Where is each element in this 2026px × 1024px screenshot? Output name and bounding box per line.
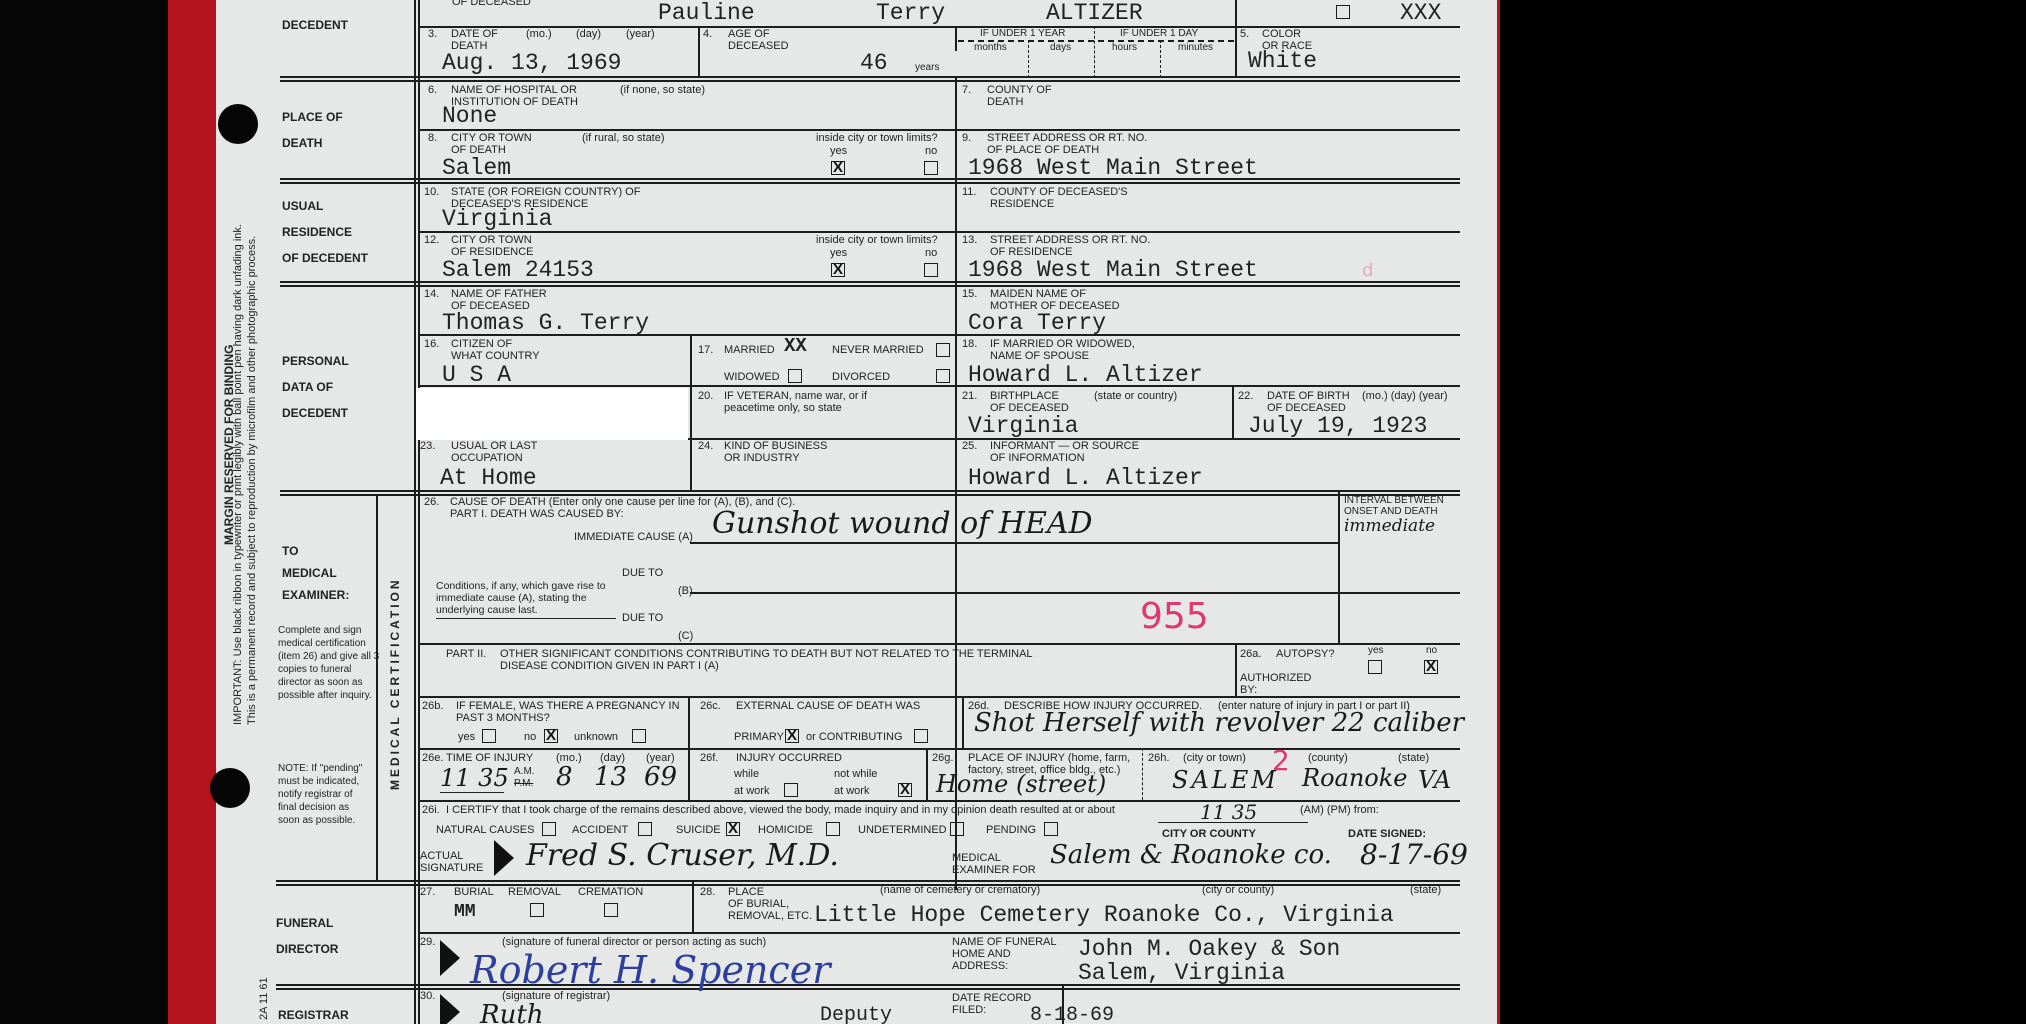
f26i-num: 26i. bbox=[422, 804, 440, 816]
injury-city: SALEM bbox=[1172, 766, 1279, 794]
city-of-residence: Salem 24153 bbox=[442, 257, 594, 283]
f8-label1: CITY OR TOWN bbox=[451, 132, 532, 144]
f26g-label1: PLACE OF INJURY (home, farm, bbox=[968, 752, 1130, 764]
f26c-num: 26c. bbox=[700, 700, 721, 712]
pm-label: P.M. bbox=[514, 778, 533, 789]
f11-label2: RESIDENCE bbox=[990, 198, 1054, 210]
f24-label1: KIND OF BUSINESS bbox=[724, 440, 827, 452]
under-day-label: IF UNDER 1 DAY bbox=[1120, 28, 1198, 39]
dashed-divider bbox=[1094, 26, 1095, 78]
rule bbox=[690, 592, 1460, 594]
pregnancy-yes-checkbox[interactable] bbox=[482, 729, 496, 743]
punch-hole-icon bbox=[210, 768, 250, 808]
section-personal-data-1: PERSONAL bbox=[282, 348, 349, 374]
me-jurisdiction: Salem & Roanoke co. bbox=[1050, 840, 1332, 870]
fd-signature: Robert H. Spencer bbox=[470, 948, 830, 992]
f28-label2: OF BURIAL, bbox=[728, 898, 789, 910]
certify-text: I CERTIFY that I took charge of the rema… bbox=[446, 804, 1115, 816]
birthplace: Virginia bbox=[968, 413, 1078, 439]
name-middle: Terry bbox=[876, 0, 945, 26]
funeral-home-name: John M. Oakey & Son bbox=[1078, 936, 1340, 962]
actual-signature-label-2: SIGNATURE bbox=[420, 862, 483, 874]
f6-hint: (if none, so state) bbox=[620, 84, 705, 96]
f23-label2: OCCUPATION bbox=[451, 452, 523, 464]
spouse-name: Howard L. Altizer bbox=[968, 362, 1203, 388]
fh-label-3: ADDRESS: bbox=[952, 960, 1008, 972]
burial-state-hint: (state) bbox=[1410, 884, 1441, 896]
f26h-state-label: (state) bbox=[1398, 752, 1429, 764]
divider bbox=[926, 748, 928, 800]
f18-label2: NAME OF SPOUSE bbox=[990, 350, 1089, 362]
f16-label1: CITIZEN OF bbox=[451, 338, 512, 350]
injury-time: 11 35 bbox=[440, 764, 504, 793]
section-funeral-director-1: FUNERAL bbox=[276, 910, 333, 936]
not-while-label: not while bbox=[834, 768, 877, 780]
f8-hint: (if rural, so state) bbox=[582, 132, 665, 144]
dashed-divider bbox=[1142, 748, 1143, 800]
date-of-birth: July 19, 1923 bbox=[1248, 413, 1427, 439]
undetermined-checkbox[interactable] bbox=[950, 822, 964, 836]
street-of-death: 1968 West Main Street bbox=[968, 155, 1258, 181]
f7-label1: COUNTY OF bbox=[987, 84, 1052, 96]
city-of-death: Salem bbox=[442, 155, 511, 181]
autopsy-yes-checkbox[interactable] bbox=[1368, 660, 1382, 674]
place-of-burial: Little Hope Cemetery Roanoke Co., Virgin… bbox=[814, 902, 1394, 928]
f5-label1: COLOR bbox=[1262, 28, 1301, 40]
redacted-field bbox=[416, 388, 688, 440]
scan-background-right bbox=[1500, 0, 2026, 1024]
divider bbox=[688, 696, 690, 800]
injury-state: VA bbox=[1418, 766, 1451, 794]
scan-background-left bbox=[0, 0, 168, 1024]
f8-no: no bbox=[925, 145, 937, 157]
f26h-num: 26h. bbox=[1148, 752, 1169, 764]
pregnancy-no-label: no bbox=[524, 731, 536, 743]
f3-day: (day) bbox=[576, 28, 601, 40]
f12-limits: inside city or town limits? bbox=[816, 234, 938, 246]
f11-num: 11. bbox=[962, 186, 976, 198]
divider bbox=[1232, 385, 1234, 438]
f22-hint: (mo.) (day) (year) bbox=[1362, 390, 1448, 402]
while-at-work-checkbox[interactable] bbox=[784, 783, 798, 797]
accident-label: ACCIDENT bbox=[572, 824, 628, 836]
f28-num: 28. bbox=[700, 886, 715, 898]
accident-checkbox[interactable] bbox=[638, 822, 652, 836]
f15-num: 15. bbox=[962, 288, 977, 300]
f10-num: 10. bbox=[424, 186, 439, 198]
removal-checkbox[interactable] bbox=[530, 903, 544, 917]
divider bbox=[698, 26, 700, 78]
am-label: A.M. bbox=[514, 766, 535, 777]
while-label: while bbox=[734, 768, 759, 780]
sex-value: XXX bbox=[1400, 0, 1441, 26]
f15-label1: MAIDEN NAME OF bbox=[990, 288, 1086, 300]
rule bbox=[418, 231, 1460, 233]
at-work-label: at work bbox=[734, 785, 769, 797]
f27-num: 27. bbox=[420, 886, 435, 898]
mother-maiden-name: Cora Terry bbox=[968, 310, 1106, 336]
contributing-checkbox[interactable] bbox=[914, 729, 928, 743]
f12-no: no bbox=[925, 247, 937, 259]
f13-label1: STREET ADDRESS OR RT. NO. bbox=[990, 234, 1150, 246]
date-signed-value: 8-17-69 bbox=[1360, 838, 1468, 871]
f25-num: 25. bbox=[962, 440, 977, 452]
pregnancy-unknown-label: unknown bbox=[574, 731, 618, 743]
minutes-label: minutes bbox=[1178, 42, 1213, 53]
f21-num: 21. bbox=[962, 390, 977, 402]
fh-label-1: NAME OF FUNERAL bbox=[952, 936, 1057, 948]
punch-hole-icon bbox=[218, 104, 258, 144]
section-to-me-3: EXAMINER: bbox=[282, 582, 349, 608]
time-underline bbox=[1158, 822, 1308, 823]
section-funeral-director-2: DIRECTOR bbox=[276, 936, 338, 962]
cert-column-divider bbox=[376, 494, 378, 882]
f3-year: (year) bbox=[626, 28, 655, 40]
f26b-label2: PAST 3 MONTHS? bbox=[456, 712, 550, 724]
undetermined-label: UNDETERMINED bbox=[858, 824, 947, 836]
removal-label: REMOVAL bbox=[508, 886, 561, 898]
due-to-b: DUE TO bbox=[622, 567, 663, 579]
interval-label1: INTERVAL BETWEEN bbox=[1344, 495, 1444, 506]
primary-label: PRIMARY bbox=[734, 731, 784, 743]
pending-note: NOTE: If "pending" must be indicated, no… bbox=[278, 762, 370, 827]
f26f-num: 26f. bbox=[700, 752, 718, 764]
f26-label2: PART I. DEATH WAS CAUSED BY: bbox=[450, 508, 624, 520]
divider bbox=[955, 26, 957, 51]
f12-inside-yes-checkbox[interactable] bbox=[831, 263, 845, 277]
f29-num: 29. bbox=[420, 936, 435, 948]
rule bbox=[418, 748, 1460, 750]
f8-num: 8. bbox=[428, 132, 437, 144]
burial-label: BURIAL bbox=[454, 886, 494, 898]
under-year-label: IF UNDER 1 YEAR bbox=[980, 28, 1065, 39]
f23-num: 23. bbox=[420, 440, 435, 452]
f22-num: 22. bbox=[1238, 390, 1253, 402]
deputy-label: Deputy bbox=[820, 1004, 892, 1024]
f3-num: 3. bbox=[428, 28, 437, 40]
rule bbox=[418, 932, 1460, 934]
margin-instruction-2: This is a permanent record and subject t… bbox=[246, 236, 258, 725]
father-name: Thomas G. Terry bbox=[442, 310, 649, 336]
f28-label3: REMOVAL, ETC. bbox=[728, 910, 812, 922]
citizenship: U S A bbox=[442, 362, 511, 388]
f4-label1: AGE OF bbox=[728, 28, 770, 40]
authorized-by-label: BY: bbox=[1240, 684, 1257, 696]
faint-pink-mark: d bbox=[1362, 260, 1373, 281]
divider bbox=[955, 78, 957, 890]
f6-num: 6. bbox=[428, 84, 437, 96]
section-registrar: REGISTRAR bbox=[278, 1002, 349, 1024]
f26e-label: TIME OF INJURY bbox=[446, 752, 533, 764]
pink-number: 955 bbox=[1140, 596, 1209, 637]
f8-inside-yes-checkbox[interactable] bbox=[831, 161, 845, 175]
hospital: None bbox=[442, 103, 497, 129]
cremation-checkbox[interactable] bbox=[604, 903, 618, 917]
injury-day: 13 bbox=[594, 762, 627, 792]
f12-inside-no-checkbox[interactable] bbox=[924, 263, 938, 277]
f24-num: 24. bbox=[698, 440, 713, 452]
f26b-num: 26b. bbox=[422, 700, 443, 712]
rule bbox=[418, 26, 1460, 28]
divider bbox=[962, 696, 964, 749]
f18-num: 18. bbox=[962, 338, 977, 350]
sign-here-arrow-icon bbox=[494, 840, 514, 876]
am-pm-from: (AM) (PM) from: bbox=[1300, 804, 1379, 816]
due-to-c: DUE TO bbox=[622, 612, 663, 624]
f26h-county-label: (county) bbox=[1308, 752, 1348, 764]
suicide-checkbox[interactable] bbox=[726, 822, 740, 836]
sex-checkbox[interactable] bbox=[1336, 5, 1350, 19]
autopsy-no-checkbox[interactable] bbox=[1424, 660, 1438, 674]
homicide-checkbox[interactable] bbox=[826, 822, 840, 836]
months-label: months bbox=[974, 42, 1007, 53]
f13-num: 13. bbox=[962, 234, 977, 246]
f16-label2: WHAT COUNTRY bbox=[451, 350, 540, 362]
f3-mo: (mo.) bbox=[526, 28, 552, 40]
name-first: Pauline bbox=[658, 0, 755, 26]
section-usual-residence-2: RESIDENCE bbox=[282, 219, 352, 245]
f9-num: 9. bbox=[962, 132, 971, 144]
immediate-cause-label: IMMEDIATE CAUSE (A) bbox=[574, 531, 693, 543]
me-for-label-2: EXAMINER FOR bbox=[952, 864, 1036, 876]
f12-yes: yes bbox=[830, 247, 847, 259]
f20-num: 20. bbox=[698, 390, 713, 402]
burial-mark[interactable]: MM bbox=[454, 902, 476, 922]
divorced-label: DIVORCED bbox=[832, 371, 890, 383]
main-column-divider bbox=[414, 0, 416, 1024]
divider bbox=[692, 880, 694, 932]
medical-certification-label: MEDICAL CERTIFICATION bbox=[388, 577, 402, 790]
f26e-num: 26e. bbox=[422, 752, 443, 764]
me-instructions: Complete and sign medical certification … bbox=[278, 624, 380, 702]
autopsy-no-label: no bbox=[1426, 645, 1437, 656]
b-label: (B) bbox=[678, 585, 693, 597]
registrar-signature: Ruth bbox=[480, 1000, 544, 1024]
days-label: days bbox=[1050, 42, 1071, 53]
f26-num: 26. bbox=[424, 496, 439, 508]
f14-label1: NAME OF FATHER bbox=[451, 288, 547, 300]
f20-label2: peacetime only, so state bbox=[724, 402, 842, 414]
rule bbox=[418, 129, 1460, 131]
sign-here-arrow-icon bbox=[440, 940, 460, 976]
filed-label-2: FILED: bbox=[952, 1004, 986, 1016]
sign-here-arrow-icon bbox=[440, 994, 460, 1024]
f26b-label1: IF FEMALE, WAS THERE A PREGNANCY IN bbox=[456, 700, 680, 712]
section-place-of-death-2: DEATH bbox=[282, 130, 322, 156]
state-of-residence: Virginia bbox=[442, 206, 552, 232]
part2-label: PART II. bbox=[446, 648, 486, 660]
name-last: ALTIZER bbox=[1046, 0, 1143, 26]
rule bbox=[418, 696, 1460, 698]
f4-num: 4. bbox=[703, 28, 712, 40]
f14-num: 14. bbox=[424, 288, 439, 300]
pregnancy-yes-label: yes bbox=[458, 731, 475, 743]
rule bbox=[418, 385, 1460, 387]
name-label: OF DECEASED bbox=[452, 0, 531, 8]
f25-label2: OF INFORMATION bbox=[990, 452, 1085, 464]
f30-num: 30. bbox=[420, 990, 435, 1002]
pending-checkbox[interactable] bbox=[1044, 822, 1058, 836]
rule bbox=[690, 542, 1340, 544]
suicide-label: SUICIDE bbox=[676, 824, 721, 836]
f25-label1: INFORMANT — OR SOURCE bbox=[990, 440, 1139, 452]
divider bbox=[1338, 492, 1340, 644]
rule bbox=[418, 800, 1460, 802]
f5-num: 5. bbox=[1240, 28, 1249, 40]
section-decedent: DECEDENT bbox=[282, 12, 348, 38]
dashed-divider bbox=[1160, 40, 1161, 78]
f7-num: 7. bbox=[962, 84, 971, 96]
me-signature: Fred S. Cruser, M.D. bbox=[526, 838, 839, 873]
cemetery-hint: (name of cemetery or crematory) bbox=[880, 884, 1040, 896]
never-married-label: NEVER MARRIED bbox=[832, 344, 924, 356]
injury-county: Roanoke bbox=[1302, 764, 1407, 792]
widowed-checkbox[interactable] bbox=[788, 369, 802, 383]
death-time-value: 11 35 bbox=[1200, 800, 1257, 824]
f21-hint: (state or country) bbox=[1094, 390, 1177, 402]
autopsy-label: AUTOPSY? bbox=[1276, 648, 1335, 660]
place-of-injury: Home (street) bbox=[936, 770, 1106, 798]
street-of-residence: 1968 West Main Street bbox=[968, 257, 1258, 283]
burial-city-hint: (city or county) bbox=[1202, 884, 1274, 896]
f23-label1: USUAL OR LAST bbox=[451, 440, 537, 452]
pregnancy-no-checkbox[interactable] bbox=[544, 729, 558, 743]
natural-causes-checkbox[interactable] bbox=[542, 822, 556, 836]
rule-double bbox=[280, 76, 1460, 82]
never-married-checkbox[interactable] bbox=[936, 343, 950, 357]
city-or-county-label: CITY OR COUNTY bbox=[1162, 828, 1256, 840]
authorized-label: AUTHORIZED bbox=[1240, 672, 1312, 684]
injury-year: 69 bbox=[644, 762, 677, 792]
part2-text2: DISEASE CONDITION GIVEN IN PART I (A) bbox=[500, 660, 719, 672]
married-label: MARRIED bbox=[724, 344, 775, 356]
f8-limits: inside city or town limits? bbox=[816, 132, 938, 144]
f3-label1: DATE OF bbox=[451, 28, 498, 40]
f22-label1: DATE OF BIRTH bbox=[1267, 390, 1350, 402]
f8-yes: yes bbox=[830, 145, 847, 157]
f9-label1: STREET ADDRESS OR RT. NO. bbox=[987, 132, 1147, 144]
section-personal-data-2: DATA OF bbox=[282, 374, 333, 400]
age-unit: years bbox=[915, 62, 939, 73]
f16-num: 16. bbox=[424, 338, 439, 350]
funeral-home-address: Salem, Virginia bbox=[1078, 960, 1285, 986]
f8-inside-no-checkbox[interactable] bbox=[924, 161, 938, 175]
widowed-label: WIDOWED bbox=[724, 371, 780, 383]
date-of-death: Aug. 13, 1969 bbox=[442, 50, 621, 76]
date-filed: 8-18-69 bbox=[1030, 1004, 1114, 1024]
dashed-divider bbox=[1028, 40, 1029, 78]
f26c-label: EXTERNAL CAUSE OF DEATH WAS bbox=[736, 700, 920, 712]
married-mark[interactable]: XX bbox=[784, 335, 807, 357]
f26f-label: INJURY OCCURRED bbox=[736, 752, 842, 764]
f18-label1: IF MARRIED OR WIDOWED, bbox=[990, 338, 1135, 350]
section-usual-residence-3: OF DECEDENT bbox=[282, 245, 368, 271]
f10-label1: STATE (OR FOREIGN COUNTRY) OF bbox=[451, 186, 640, 198]
informant: Howard L. Altizer bbox=[968, 465, 1203, 491]
margin-instruction-1: IMPORTANT: Use black ribbon in typewrite… bbox=[232, 224, 244, 725]
f21-label1: BIRTHPLACE bbox=[990, 390, 1059, 402]
f26a-num: 26a. bbox=[1240, 648, 1261, 660]
actual-signature-label-1: ACTUAL bbox=[420, 850, 463, 862]
pregnancy-unknown-checkbox[interactable] bbox=[632, 729, 646, 743]
divorced-checkbox[interactable] bbox=[936, 369, 950, 383]
c-label: (C) bbox=[678, 630, 693, 642]
occupation: At Home bbox=[440, 465, 537, 491]
rule bbox=[418, 643, 1460, 645]
f20-label1: IF VETERAN, name war, or if bbox=[724, 390, 867, 402]
pending-label: PENDING bbox=[986, 824, 1036, 836]
natural-causes-label: NATURAL CAUSES bbox=[436, 824, 534, 836]
fh-label-2: HOME AND bbox=[952, 948, 1011, 960]
f4-label2: DECEASED bbox=[728, 40, 789, 52]
contributing-label: or CONTRIBUTING bbox=[806, 731, 903, 743]
section-usual-residence-1: USUAL bbox=[282, 193, 323, 219]
filed-label-1: DATE RECORD bbox=[952, 992, 1031, 1004]
divider bbox=[690, 334, 692, 490]
f17-num: 17. bbox=[698, 344, 713, 356]
age: 46 bbox=[860, 50, 888, 76]
section-personal-data-3: DECEDENT bbox=[282, 400, 348, 426]
form-code: 2A 11 61 bbox=[258, 977, 270, 1020]
hours-label: hours bbox=[1112, 42, 1137, 53]
f7-label2: DEATH bbox=[987, 96, 1023, 108]
injury-description: Shot Herself with revolver 22 caliber bbox=[974, 708, 1464, 738]
f28-label1: PLACE bbox=[728, 886, 764, 898]
section-place-of-death-1: PLACE OF bbox=[282, 104, 343, 130]
interval-value: immediate bbox=[1344, 516, 1435, 536]
autopsy-yes-label: yes bbox=[1368, 645, 1384, 656]
primary-checkbox[interactable] bbox=[785, 729, 799, 743]
homicide-label: HOMICIDE bbox=[758, 824, 813, 836]
me-for-label-1: MEDICAL bbox=[952, 852, 1001, 864]
conditions-note: Conditions, if any, which gave rise to i… bbox=[436, 580, 616, 619]
race: White bbox=[1248, 48, 1317, 74]
divider bbox=[1235, 26, 1237, 78]
divider bbox=[1235, 643, 1237, 696]
f12-label1: CITY OR TOWN bbox=[451, 234, 532, 246]
fd-signature-hint: (signature of funeral director or person… bbox=[502, 936, 766, 948]
f24-label2: OR INDUSTRY bbox=[724, 452, 800, 464]
cremation-label: CREMATION bbox=[578, 886, 643, 898]
f26g-num: 26g. bbox=[932, 752, 953, 764]
f26h-city-label: (city or town) bbox=[1183, 752, 1246, 764]
immediate-cause-value: Gunshot wound of HEAD bbox=[712, 506, 1093, 541]
divider bbox=[1235, 0, 1237, 26]
binding-margin-red bbox=[168, 0, 216, 1024]
not-while-at-work-checkbox[interactable] bbox=[898, 783, 912, 797]
part2-text1: OTHER SIGNIFICANT CONDITIONS CONTRIBUTIN… bbox=[500, 648, 1033, 660]
at-work-label-2: at work bbox=[834, 785, 869, 797]
f11-label1: COUNTY OF DECEASED'S bbox=[990, 186, 1128, 198]
f6-label1: NAME OF HOSPITAL OR bbox=[451, 84, 577, 96]
f12-num: 12. bbox=[424, 234, 439, 246]
injury-month: 8 bbox=[556, 762, 573, 792]
